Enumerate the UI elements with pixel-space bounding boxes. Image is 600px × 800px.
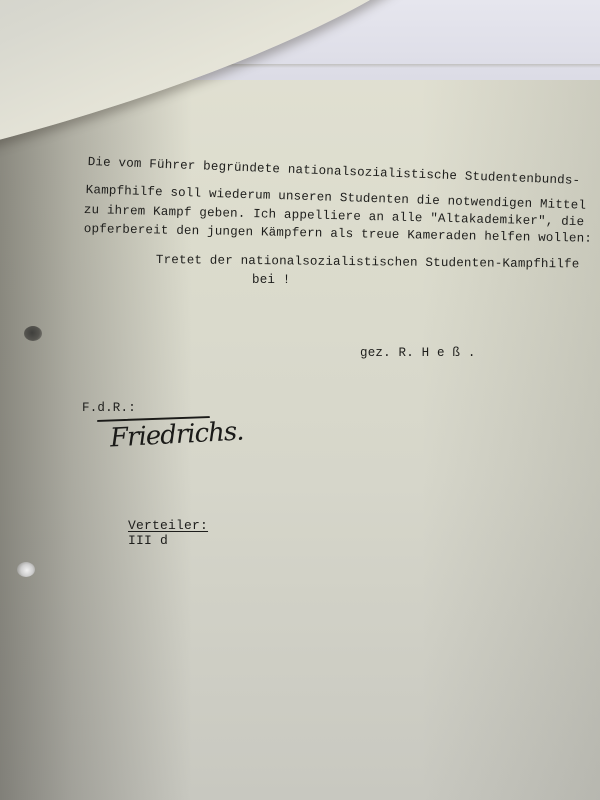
distribution-line: Verteiler: III d	[80, 503, 208, 563]
photo-background: . . . . . . . . . . . . . . . . . . . . …	[0, 0, 600, 800]
handwritten-signature: Friedrichs.	[109, 417, 244, 454]
typewritten-letter: Die vom Führer begründete nationalsozial…	[0, 0, 600, 800]
appeal-line-1: Tretet der nationalsozialistischen Stude…	[156, 253, 580, 271]
distribution-value: III d	[128, 533, 168, 548]
fdr-label: F.d.R.:	[82, 401, 136, 415]
appeal-line-2: bei !	[252, 273, 291, 287]
distribution-label: Verteiler:	[128, 518, 208, 533]
body-line-1: Die vom Führer begründete nationalsozial…	[87, 155, 580, 188]
signed-by: gez. R. H e ß .	[360, 346, 476, 360]
